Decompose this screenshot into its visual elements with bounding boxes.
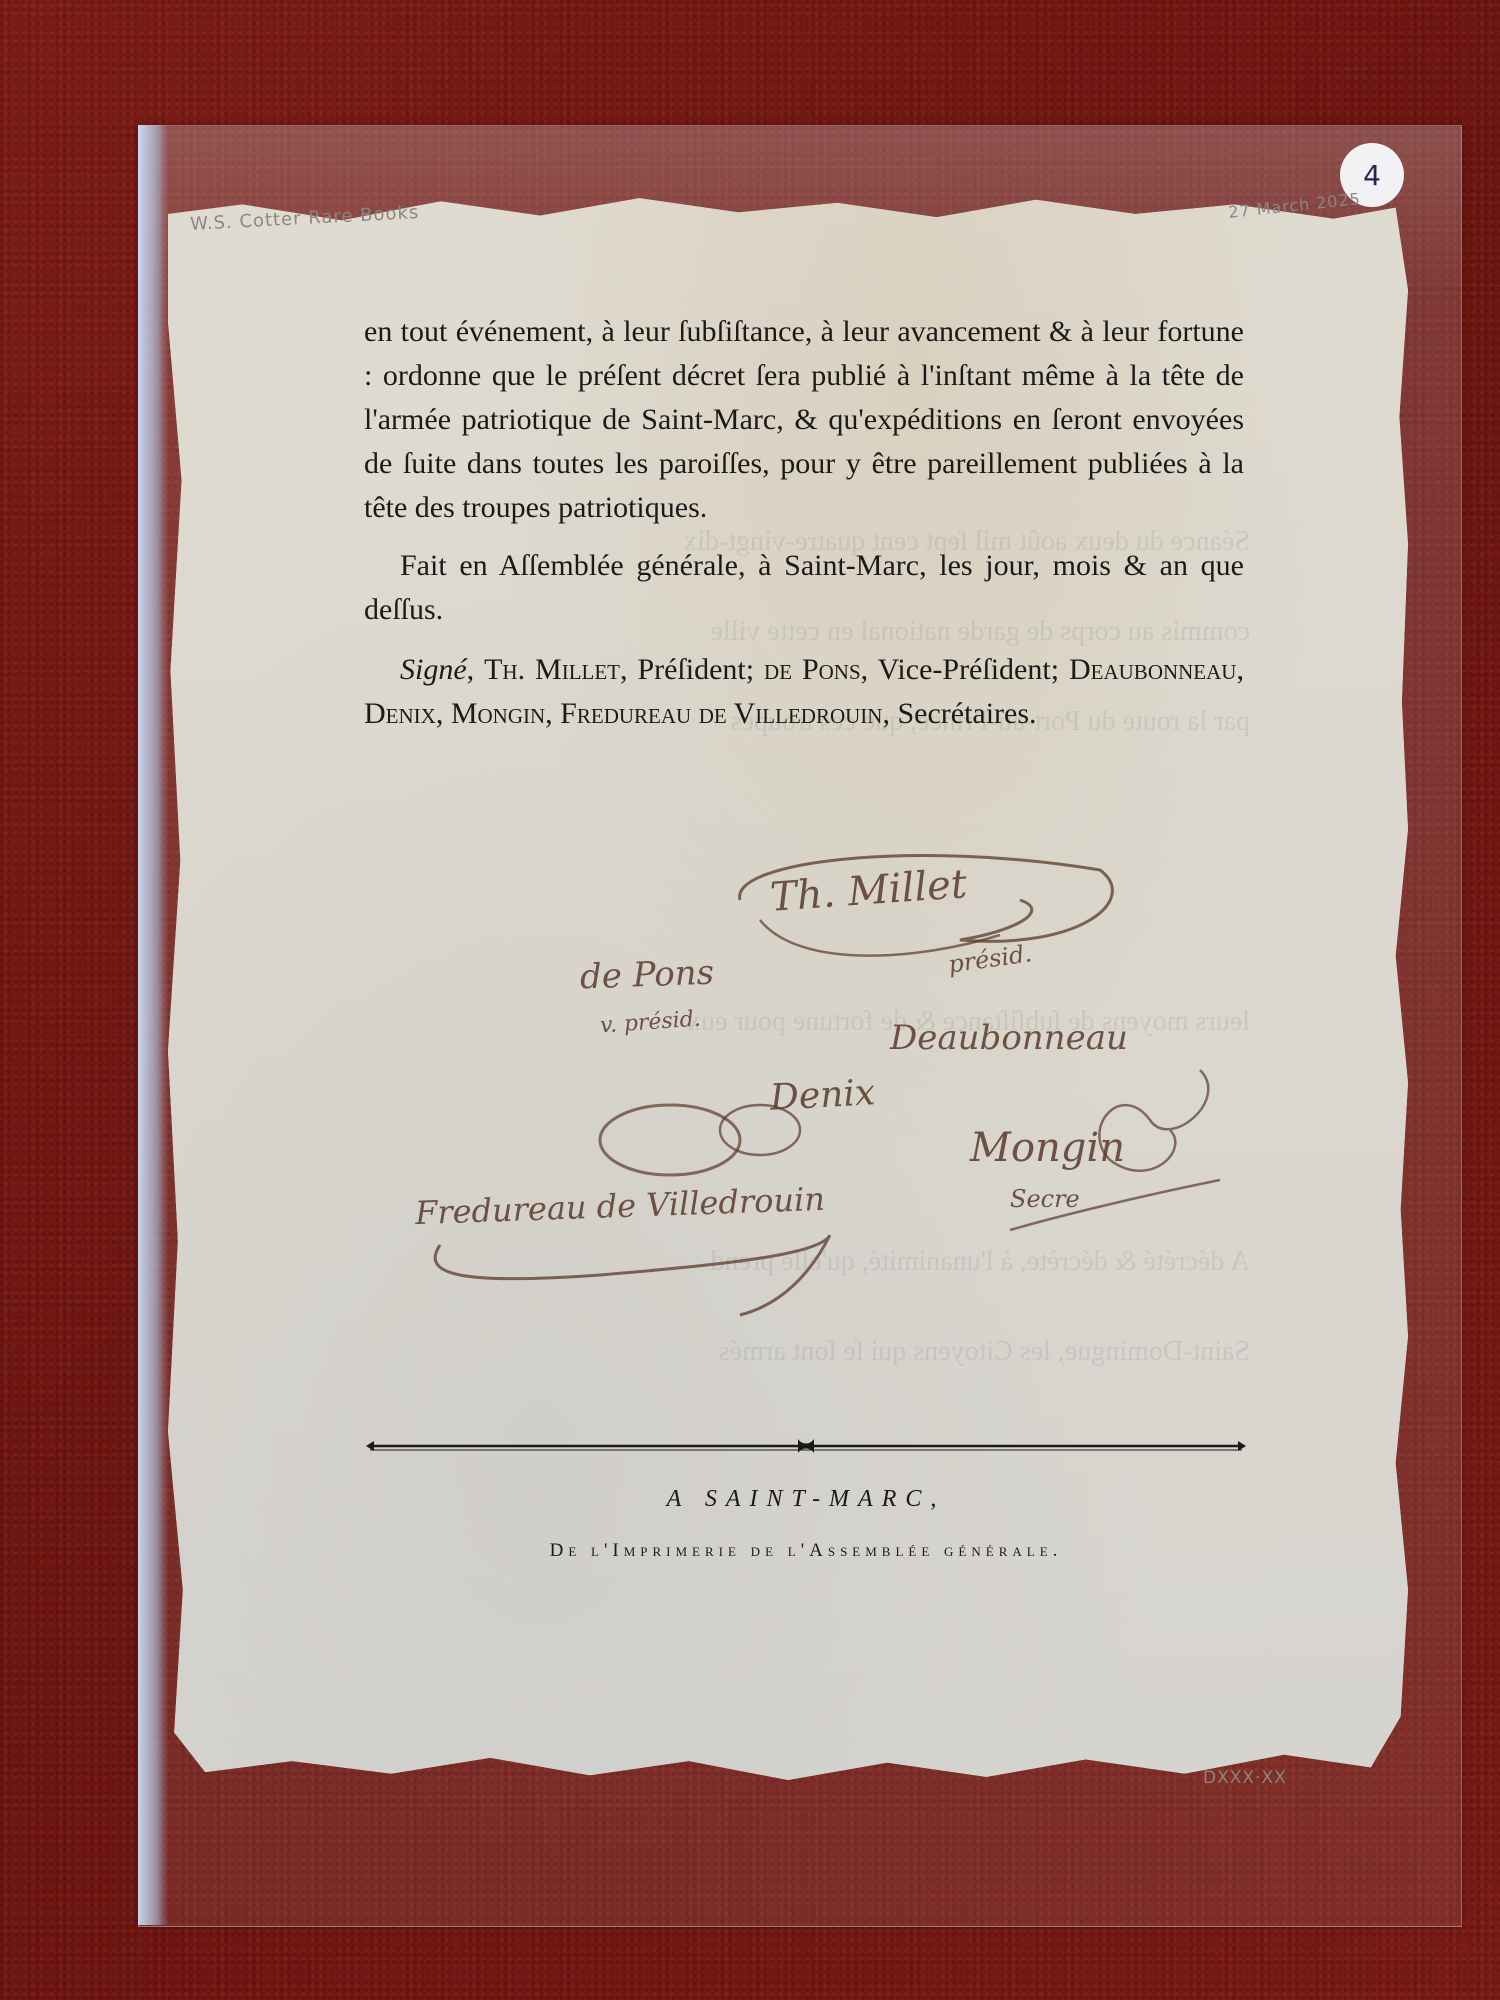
show-through-text: Saint-Domingue, les Citoyens qui ſe ſont… <box>370 1330 1250 1374</box>
imprint-printer: De l'Imprimerie de l'Assemblée générale. <box>366 1540 1246 1562</box>
secretary-name: Denix <box>364 697 436 730</box>
president-name: Th. Millet <box>484 653 620 686</box>
decree-text: en tout événement, à leur ſubſiſtance, à… <box>364 310 1244 736</box>
sleeve-glare <box>138 125 168 1925</box>
decree-paragraph-2: Fait en Aſſemblée générale, à Saint-Marc… <box>364 544 1244 632</box>
secretary-name: Fredureau de Villedrouin <box>560 697 882 730</box>
imprint-city: A SAINT-MARC, <box>366 1486 1246 1513</box>
vice-president-name: de Pons <box>764 653 861 686</box>
signature-de-pons: de Pons <box>579 953 714 998</box>
secretaries-title: Secrétaires <box>897 697 1029 730</box>
president-title: Préſident <box>637 653 745 686</box>
item-number: 4 <box>1363 159 1381 192</box>
signed-block: Signé, Th. Millet, Préſident; de Pons, V… <box>364 648 1244 736</box>
secretary-name: Deaubonneau <box>1069 653 1237 686</box>
vice-president-title: Vice-Préſident <box>878 653 1051 686</box>
decree-paragraph-1: en tout événement, à leur ſubſiſtance, à… <box>364 310 1244 530</box>
pencil-note-inventory: DXXX·XX <box>1203 1768 1287 1788</box>
signed-intro: Signé <box>400 653 467 686</box>
signature-flourish-deaubonneau <box>1000 1060 1230 1250</box>
signature-flourish-fredureau <box>400 1215 870 1325</box>
secretary-name: Mongin <box>451 697 545 730</box>
ornamental-rule <box>366 1439 1246 1453</box>
signature-flourish-denix <box>560 1100 880 1210</box>
